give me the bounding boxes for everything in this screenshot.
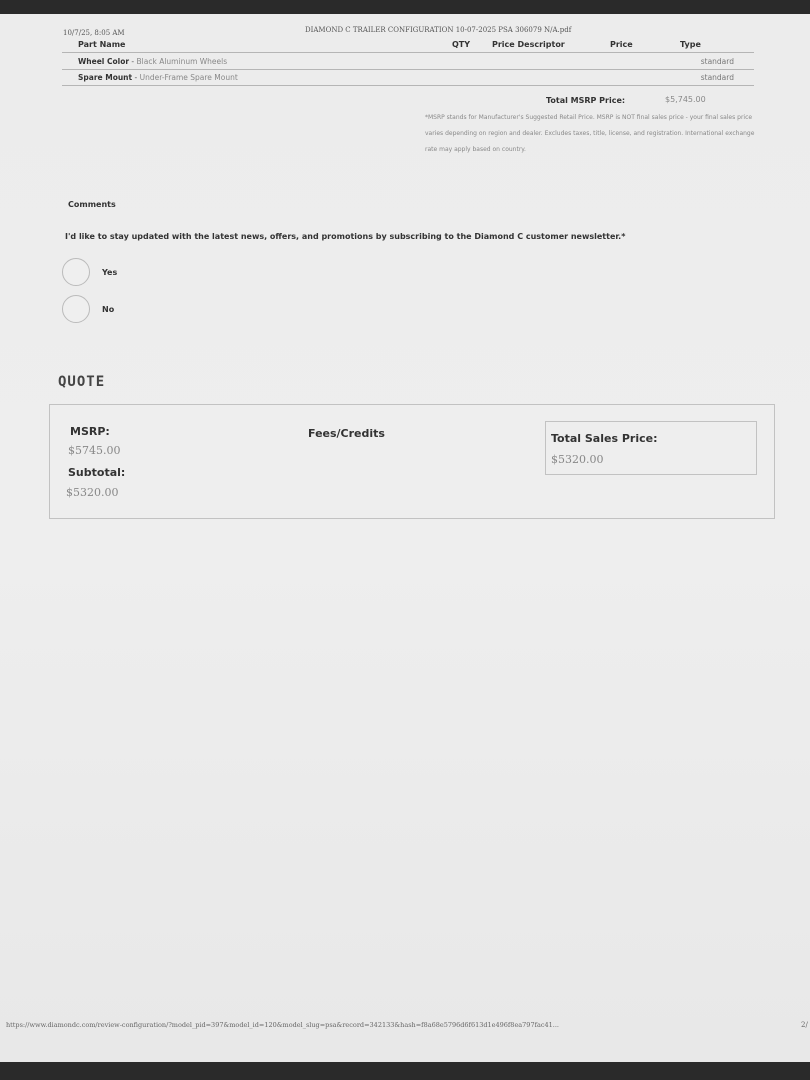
radio-option-no[interactable]: No xyxy=(62,295,114,323)
subtotal-label: Subtotal: xyxy=(68,466,125,479)
page-number: 2/ xyxy=(801,1021,808,1029)
col-qty: QTY xyxy=(452,40,492,49)
document-title: DIAMOND C TRAILER CONFIGURATION 10-07-20… xyxy=(305,26,571,34)
total-sales-price-value: $5320.00 xyxy=(551,453,604,466)
quote-box: MSRP: $5745.00 Subtotal: $5320.00 Fees/C… xyxy=(49,404,775,519)
total-sales-price-label: Total Sales Price: xyxy=(551,432,657,445)
part-name: Spare Mount xyxy=(78,73,132,82)
newsletter-question: I'd like to stay updated with the latest… xyxy=(65,232,625,241)
table-row: Wheel Color - Black Aluminum Wheels stan… xyxy=(62,52,754,69)
radio-button[interactable] xyxy=(62,258,90,286)
table-row: Spare Mount - Under-Frame Spare Mount st… xyxy=(62,69,754,86)
radio-label: No xyxy=(102,305,114,314)
col-price: Price xyxy=(610,40,670,49)
parts-table: Part Name QTY Price Descriptor Price Typ… xyxy=(62,36,754,86)
col-price-descriptor: Price Descriptor xyxy=(492,40,610,49)
part-name: Wheel Color xyxy=(78,57,129,66)
total-msrp-label: Total MSRP Price: xyxy=(546,96,625,105)
subtotal-value: $5320.00 xyxy=(66,486,119,499)
radio-option-yes[interactable]: Yes xyxy=(62,258,117,286)
msrp-label: MSRP: xyxy=(70,425,110,438)
col-type: Type xyxy=(670,40,754,49)
printed-page: 10/7/25, 8:05 AM DIAMOND C TRAILER CONFI… xyxy=(0,14,810,1062)
quote-heading: QUOTE xyxy=(58,374,105,390)
col-part-name: Part Name xyxy=(62,40,452,49)
part-type: standard xyxy=(670,73,754,82)
part-value: Black Aluminum Wheels xyxy=(137,57,228,66)
table-header: Part Name QTY Price Descriptor Price Typ… xyxy=(62,36,754,52)
fees-credits-label: Fees/Credits xyxy=(308,427,385,440)
radio-button[interactable] xyxy=(62,295,90,323)
comments-label: Comments xyxy=(68,200,116,209)
part-type: standard xyxy=(670,57,754,66)
radio-label: Yes xyxy=(102,268,117,277)
msrp-disclaimer: *MSRP stands for Manufacturer's Suggeste… xyxy=(425,110,763,158)
footer-url: https://www.diamondc.com/review-configur… xyxy=(6,1021,559,1029)
total-sales-price-box: Total Sales Price: $5320.00 xyxy=(545,421,757,475)
part-value: Under-Frame Spare Mount xyxy=(140,73,238,82)
msrp-value: $5745.00 xyxy=(68,444,121,457)
total-msrp-value: $5,745.00 xyxy=(665,95,706,104)
